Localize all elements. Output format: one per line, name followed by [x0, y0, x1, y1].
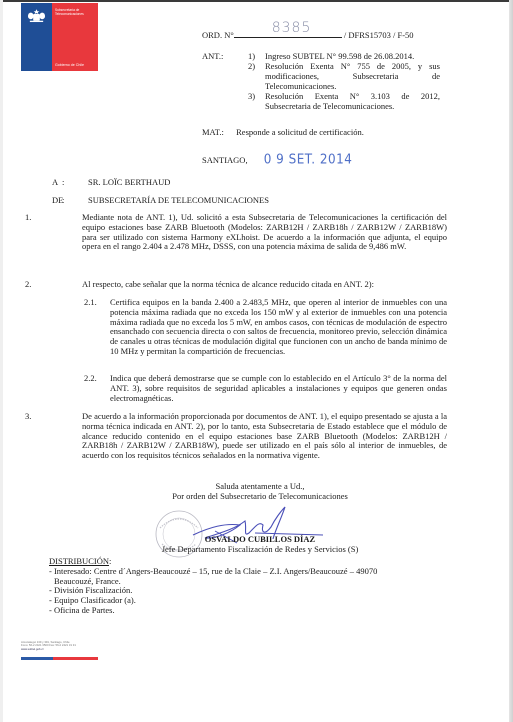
place-date-line: SANTIAGO, 0 9 SET. 2014 — [202, 152, 352, 166]
logo-org-line2: Telecomunicaciones — [55, 12, 84, 16]
paragraph-2: 2. Al respecto, cabe señalar que la norm… — [82, 280, 447, 290]
ord-suffix: / DFRS15703 / F-50 — [344, 30, 414, 40]
subject-line: MAT.: Responde a solicitud de certificac… — [202, 127, 364, 137]
page-top-edge — [0, 0, 513, 2]
paragraph-text: Indica que deberá demostrarse que se cum… — [110, 373, 447, 403]
paragraph-2-1: 2.1. Certifica equipos en la banda 2.400… — [110, 298, 447, 357]
distribution-list: - Interesado: Centre d´Angers-Beaucouzé … — [49, 567, 377, 616]
to-key: A — [52, 177, 62, 187]
signer-name: OSVALDO CUBILLOS DÍAZ — [120, 534, 400, 544]
paragraph-number: 2.2. — [84, 374, 97, 384]
paragraph-number: 2. — [25, 280, 31, 290]
mat-text: Responde a solicitud de certificación. — [236, 127, 364, 137]
mat-label: MAT.: — [202, 127, 234, 137]
sender-name: SUBSECRETARÍA DE TELECOMUNICACIONES — [88, 195, 269, 205]
paragraph-text: Certifica equipos en la banda 2.400 a 2.… — [110, 297, 447, 356]
logo-red-panel: Subsecretaría de Telecomunicaciones Gobi… — [52, 3, 98, 71]
logo-org-name: Subsecretaría de Telecomunicaciones — [55, 8, 84, 16]
sender-line: DE:SUBSECRETARÍA DE TELECOMUNICACIONES — [52, 195, 269, 205]
subtel-logo: Subsecretaría de Telecomunicaciones Gobi… — [21, 3, 98, 71]
logo-government: Gobierno de Chile — [55, 63, 84, 67]
paragraph-number: 2.1. — [84, 298, 97, 308]
paragraph-3: 3. De acuerdo a la información proporcio… — [82, 412, 447, 461]
paragraph-text: Mediante nota de ANT. 1), Ud. solicitó a… — [82, 212, 447, 251]
from-colon: : — [62, 195, 88, 205]
paragraph-number: 3. — [25, 412, 31, 422]
chile-coat-of-arms-icon — [27, 7, 46, 23]
distribution-item: - Oficina de Partes. — [49, 606, 377, 616]
footer-bar-blue — [21, 657, 53, 660]
paragraph-text: Al respecto, cabe señalar que la norma t… — [82, 279, 374, 289]
paragraph-number: 1. — [25, 213, 31, 223]
ord-label: ORD. N° — [202, 30, 234, 40]
ant-item-number: 3) — [248, 92, 255, 102]
distribution-title-colon: : — [109, 556, 111, 566]
recipient-line: A:SR. LOÏC BERTHAUD — [52, 177, 170, 187]
ant-item-number: 2) — [248, 62, 255, 72]
ant-item-text: Ingreso SUBTEL N° 99.598 de 26.08.2014. — [265, 51, 414, 61]
page-right-edge — [509, 0, 513, 722]
ant-item-text: Resolución Exenta N° 3.103 de 2012, Subs… — [265, 91, 440, 111]
logo-blue-panel — [21, 3, 52, 71]
page-left-edge — [0, 0, 3, 722]
signer-block: OSVALDO CUBILLOS DÍAZ Jefe Departamento … — [120, 534, 400, 554]
paragraph-text: De acuerdo a la información proporcionad… — [82, 411, 447, 460]
ant-list: 1)Ingreso SUBTEL N° 99.598 de 26.08.2014… — [248, 52, 440, 112]
recipient-name: SR. LOÏC BERTHAUD — [88, 177, 170, 187]
footer-bar-red — [53, 657, 98, 660]
footer-website-link[interactable]: www.subtel.gob.cl — [21, 648, 76, 651]
signer-title: Jefe Departamento Fiscalización de Redes… — [120, 544, 400, 554]
distribution-block: DISTRIBUCIÓN: - Interesado: Centre d´Ang… — [49, 557, 377, 616]
ant-label: ANT.: — [202, 52, 223, 62]
footer-contact: Amunátegui 139 y 391, Santiago, Chile Fo… — [21, 641, 76, 651]
distribution-title: DISTRIBUCIÓN — [49, 556, 109, 566]
ord-number: 8385 — [272, 20, 312, 36]
footer-flag-bar — [21, 657, 98, 660]
closing-salutation: Saluda atentamente a Ud., Por orden del … — [120, 482, 400, 502]
ant-item-text: Resolución Exenta N° 755 de 2005, y sus … — [265, 61, 440, 91]
to-colon: : — [62, 177, 88, 187]
date-stamp: 0 9 SET. 2014 — [264, 151, 353, 166]
ord-number-line: ORD. N°8385 / DFRS15703 / F-50 — [202, 27, 414, 40]
ord-number-field: 8385 — [234, 27, 342, 38]
city-label: SANTIAGO, — [202, 155, 248, 165]
paragraph-1: 1. Mediante nota de ANT. 1), Ud. solicit… — [82, 213, 447, 252]
from-key: DE — [52, 195, 62, 205]
ant-item: 2)Resolución Exenta N° 755 de 2005, y su… — [248, 62, 440, 91]
closing-line-2: Por orden del Subsecretario de Telecomun… — [120, 492, 400, 502]
paragraph-2-2: 2.2. Indica que deberá demostrarse que s… — [110, 374, 447, 403]
ant-item: 3)Resolución Exenta N° 3.103 de 2012, Su… — [248, 92, 440, 112]
